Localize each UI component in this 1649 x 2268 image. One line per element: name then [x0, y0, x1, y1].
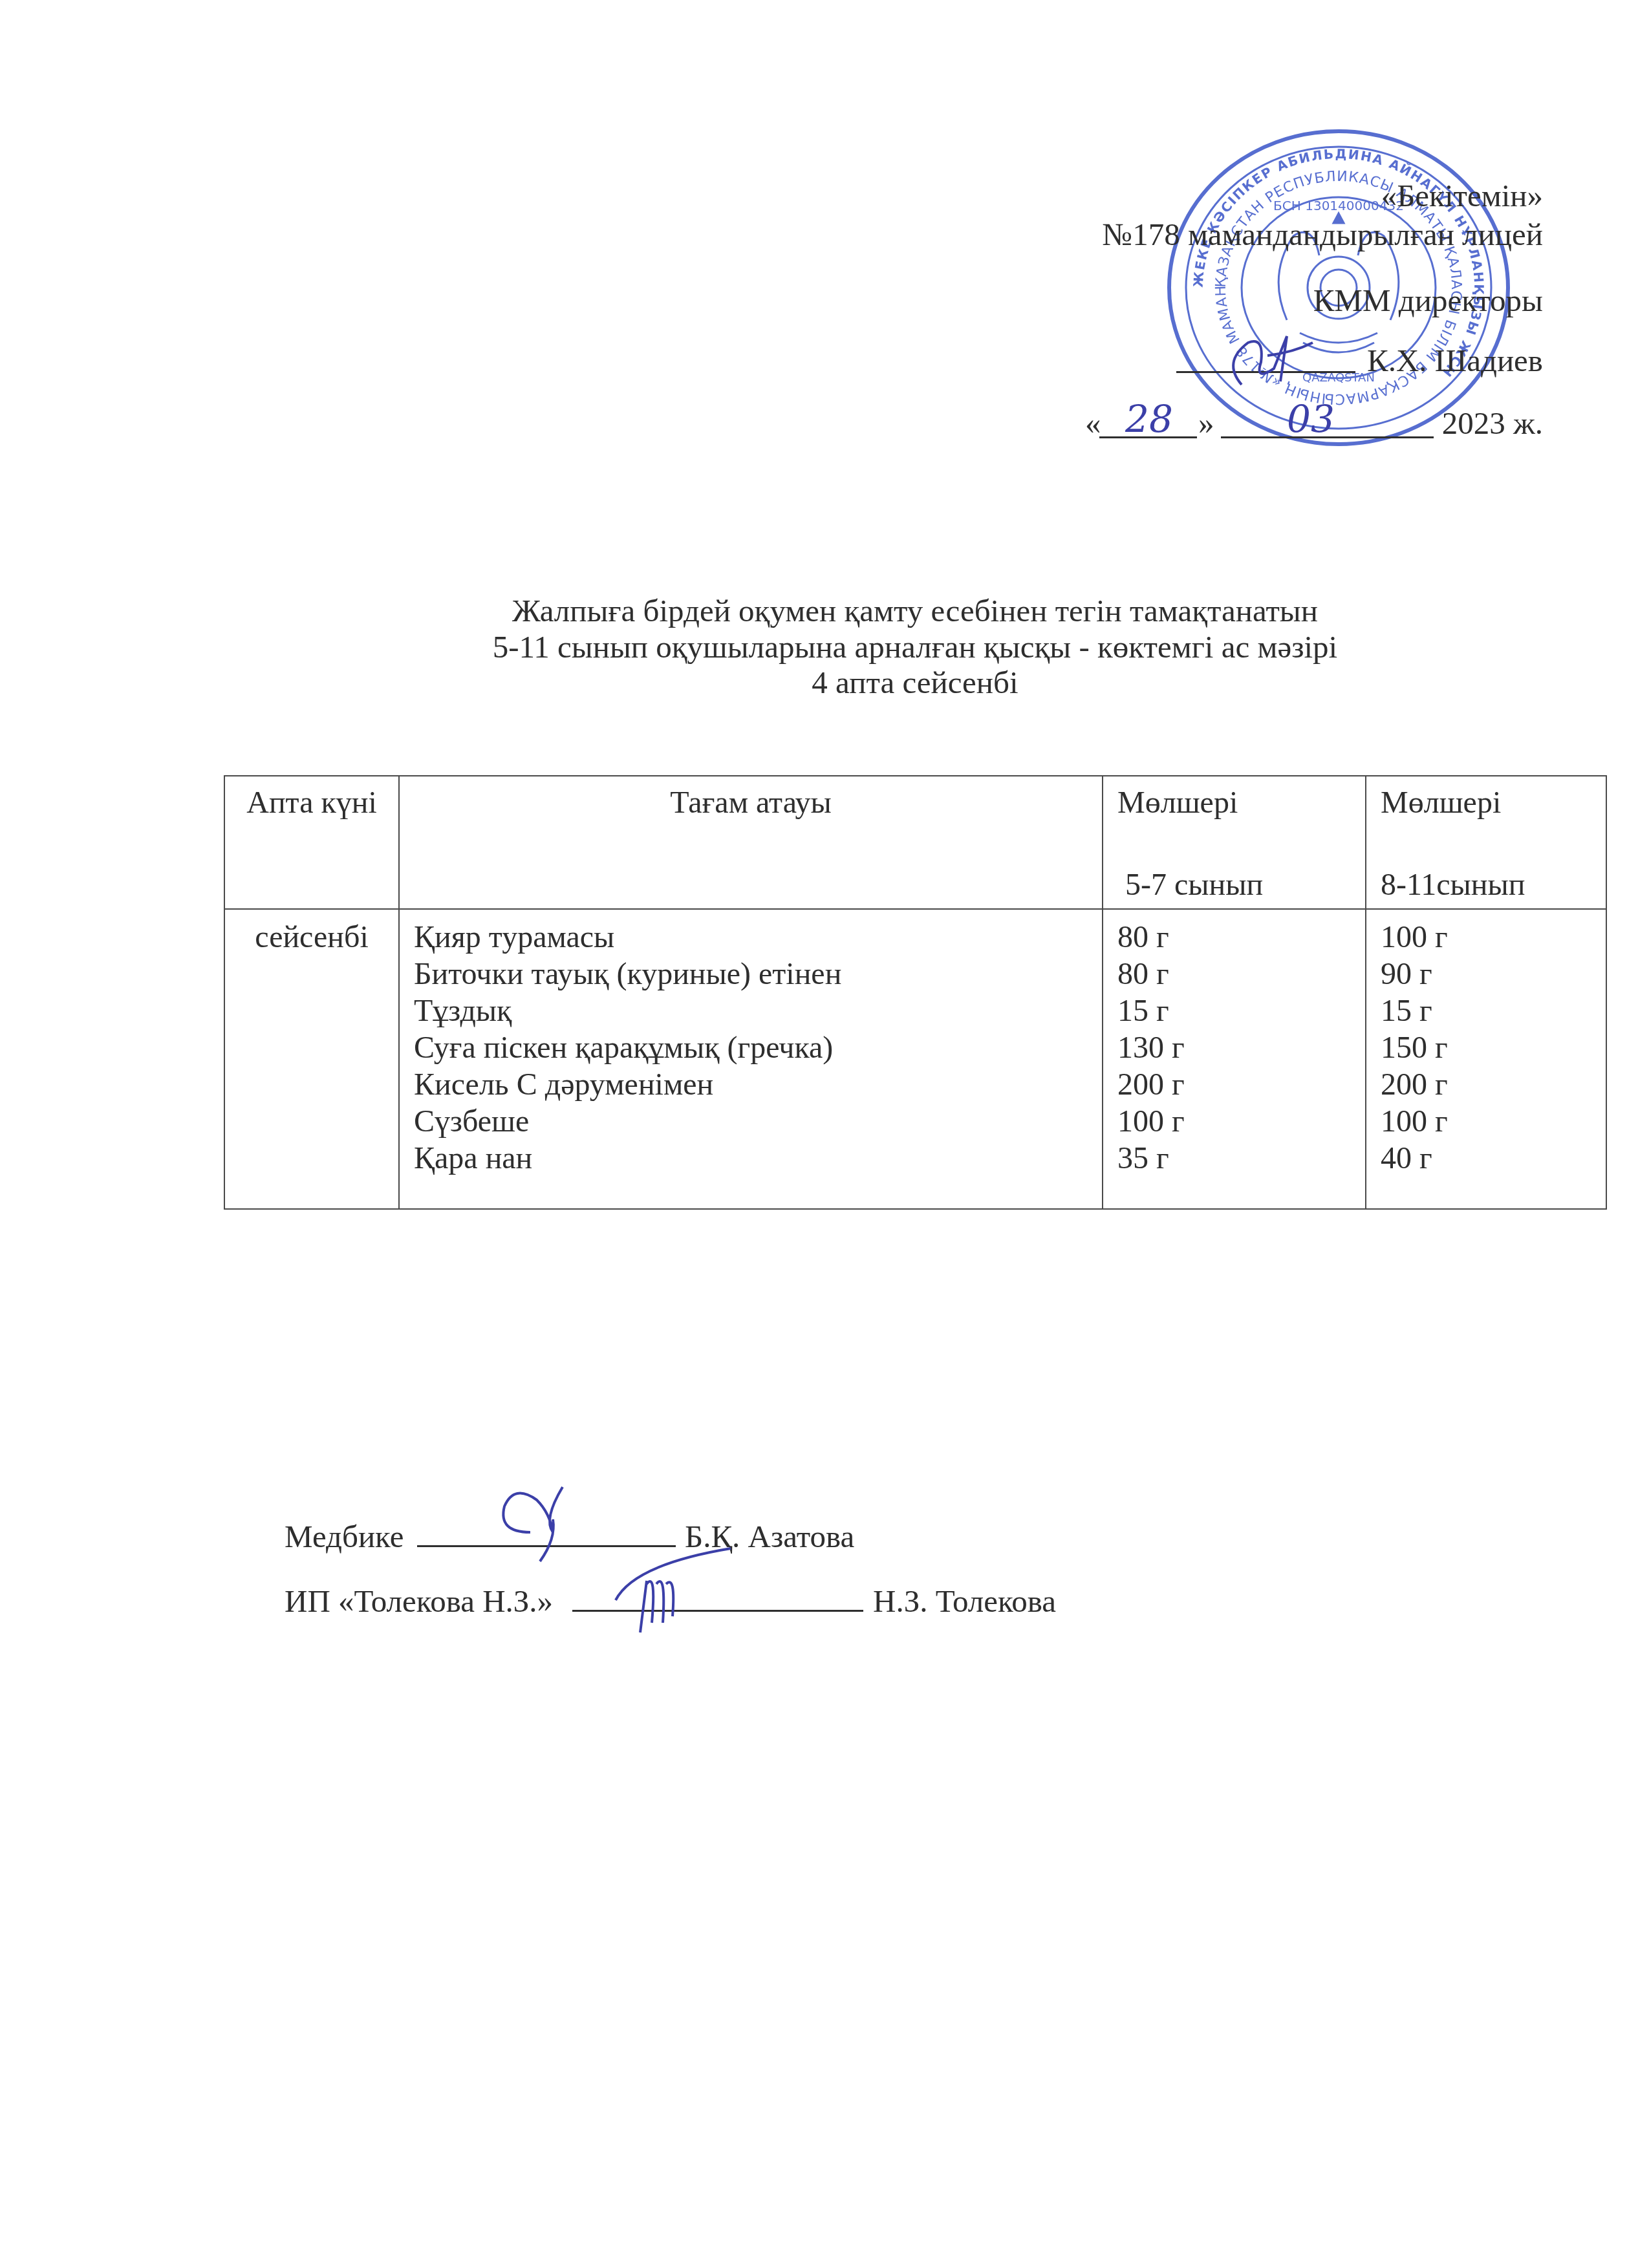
date-month-handwritten: 03 [1287, 397, 1335, 441]
qty-5-7: 100 г [1117, 1103, 1365, 1140]
title-line-2: 5-11 сынып оқушыларына арналған қысқы - … [0, 631, 1649, 663]
approval-role: КММ директоры [1313, 284, 1543, 316]
dish-name: Тұздық [414, 992, 1102, 1029]
dish-name: Биточки тауық (куриные) етінен [414, 956, 1102, 992]
menu-table: Апта күні Тағам атауы Мөлшері 5-7 сынып … [224, 775, 1607, 1210]
director-signature-line [1176, 371, 1355, 373]
supplier-signature [608, 1545, 737, 1636]
supplier-signature-line [572, 1610, 863, 1612]
qty-8-11: 150 г [1381, 1029, 1606, 1066]
qty-8-11: 40 г [1381, 1140, 1606, 1177]
dish-name: Кисель С дәруменімен [414, 1066, 1102, 1103]
approval-signatory: К.Х. Шадиев [1367, 345, 1543, 376]
nurse-signature-line [417, 1545, 676, 1547]
date-close-quote: » [1198, 407, 1214, 439]
stamp-emblem-label: QAZAQSTAN [1302, 371, 1375, 385]
qty-5-7: 200 г [1117, 1066, 1365, 1103]
qty-5-7: 35 г [1117, 1140, 1365, 1177]
table-row: сейсенбі Қияр турамасы Биточки тауық (ку… [224, 909, 1606, 1209]
header-qty-8-11-label: Мөлшері [1381, 786, 1501, 820]
date-year: 2023 ж. [1442, 407, 1543, 439]
header-qty-5-7-label: Мөлшері [1117, 786, 1238, 820]
qty-5-7: 15 г [1117, 992, 1365, 1029]
header-qty-8-11-sub: 8-11сынып [1381, 866, 1606, 903]
header-qty-8-11: Мөлшері 8-11сынып [1366, 776, 1606, 909]
director-signature [1216, 323, 1332, 394]
table-header-row: Апта күні Тағам атауы Мөлшері 5-7 сынып … [224, 776, 1606, 909]
qty-5-7: 80 г [1117, 956, 1365, 992]
cell-qty-8-11: 100 г 90 г 15 г 150 г 200 г 100 г 40 г [1366, 909, 1606, 1209]
cell-day: сейсенбі [224, 909, 399, 1209]
title-line-3: 4 апта сейсенбі [0, 667, 1649, 698]
approval-heading: «Бекітемін» [1381, 180, 1543, 211]
qty-8-11: 15 г [1381, 992, 1606, 1029]
header-day: Апта күні [224, 776, 399, 909]
qty-8-11: 90 г [1381, 956, 1606, 992]
dish-name: Сүзбеше [414, 1103, 1102, 1140]
header-qty-5-7: Мөлшері 5-7 сынып [1103, 776, 1366, 909]
date-open-quote: « [1085, 407, 1101, 439]
supplier-role: ИП «Толекова Н.З.» [285, 1585, 553, 1617]
nurse-role: Медбике [285, 1521, 404, 1552]
qty-8-11: 100 г [1381, 1103, 1606, 1140]
cell-qty-5-7: 80 г 80 г 15 г 130 г 200 г 100 г 35 г [1103, 909, 1366, 1209]
header-qty-5-7-sub: 5-7 сынып [1117, 866, 1365, 903]
qty-8-11: 100 г [1381, 919, 1606, 956]
qty-5-7: 130 г [1117, 1029, 1365, 1066]
supplier-name: Н.З. Толекова [873, 1585, 1056, 1617]
nurse-signature [491, 1481, 595, 1565]
approval-organization: №178 мамандандырылған лицей [1103, 219, 1543, 250]
dish-name: Қияр турамасы [414, 919, 1102, 956]
date-day-handwritten: 28 [1125, 397, 1173, 441]
nurse-name: Б.Қ. Азатова [685, 1521, 854, 1552]
cell-dishes: Қияр турамасы Биточки тауық (куриные) ет… [399, 909, 1103, 1209]
header-dish: Тағам атауы [399, 776, 1103, 909]
qty-8-11: 200 г [1381, 1066, 1606, 1103]
qty-5-7: 80 г [1117, 919, 1365, 956]
dish-name: Суға піскен қарақұмық (гречка) [414, 1029, 1102, 1066]
title-line-1: Жалпыға бірдей оқумен қамту есебінен тег… [0, 595, 1649, 626]
dish-name: Қара нан [414, 1140, 1102, 1177]
